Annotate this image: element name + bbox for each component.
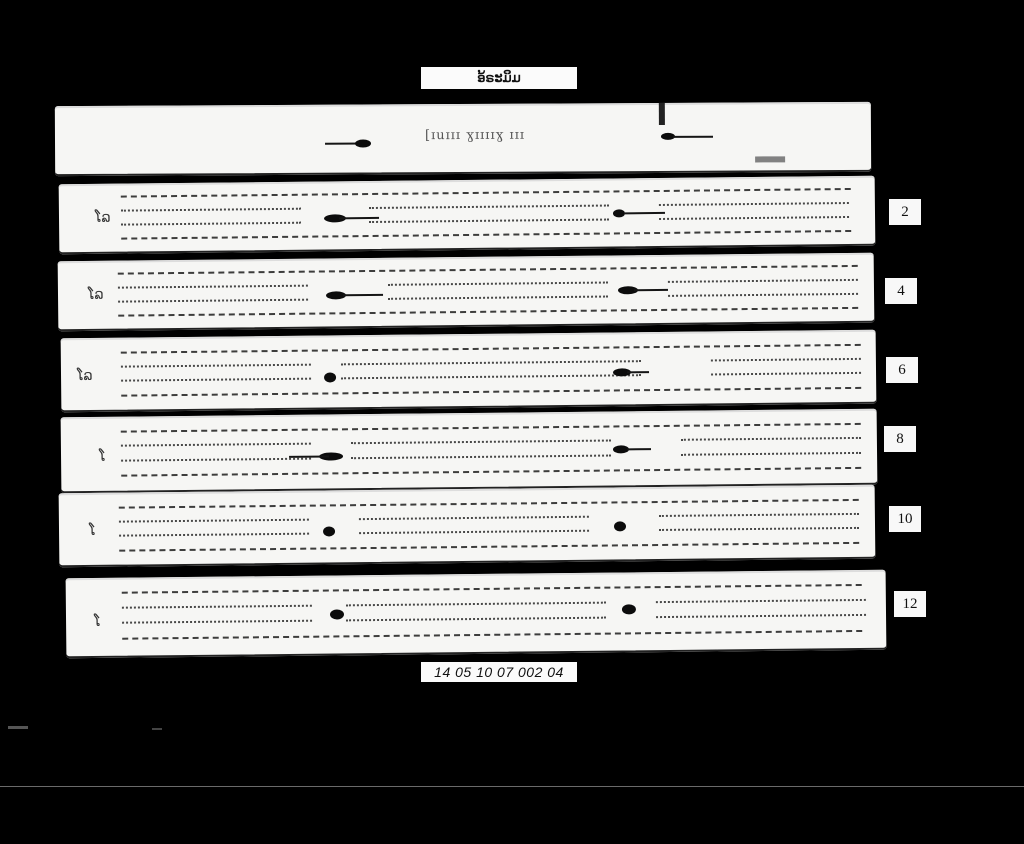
script-line bbox=[681, 450, 861, 456]
string-hole bbox=[355, 139, 371, 147]
script-line bbox=[711, 356, 861, 362]
script-line bbox=[656, 597, 866, 603]
script-line bbox=[122, 603, 312, 609]
palm-leaf: ໂ bbox=[66, 570, 887, 659]
script-line bbox=[369, 203, 609, 210]
page-number-label: 2 bbox=[889, 199, 921, 225]
cover-inscription: [ɪuɪɪɪ ɣɪɪɪɪɣ ɪɪɪ bbox=[425, 128, 525, 144]
script-line bbox=[121, 385, 861, 397]
manuscript-title-label: ອ້ຣະມິມ bbox=[421, 67, 577, 89]
script-line bbox=[121, 421, 861, 433]
script-line bbox=[388, 294, 608, 300]
script-line bbox=[388, 280, 608, 286]
script-line bbox=[119, 497, 859, 509]
script-line bbox=[121, 456, 311, 462]
script-line bbox=[118, 305, 858, 317]
script-line bbox=[659, 200, 849, 206]
script-line bbox=[118, 297, 308, 303]
script-line bbox=[341, 372, 641, 379]
leaf-margin-mark: ໂ bbox=[89, 523, 96, 539]
page-number-label: 8 bbox=[884, 426, 916, 452]
palm-leaf: ໂ bbox=[59, 485, 876, 568]
palm-leaf: ໂ bbox=[61, 409, 878, 494]
catalog-id-label: 14 05 10 07 002 04 bbox=[421, 662, 577, 682]
script-line bbox=[346, 600, 606, 607]
script-line bbox=[351, 453, 611, 460]
string-hole bbox=[613, 209, 625, 217]
script-line bbox=[659, 525, 859, 531]
script-line bbox=[119, 531, 309, 537]
palm-leaf: ໂລ bbox=[61, 330, 877, 413]
page-number-label: 6 bbox=[886, 357, 918, 383]
string-hole bbox=[622, 604, 636, 614]
string-hole-tail bbox=[343, 294, 383, 296]
script-line bbox=[122, 628, 862, 640]
script-line bbox=[711, 370, 861, 376]
script-line bbox=[359, 514, 589, 520]
palm-leaf-cover: [ɪuɪɪɪ ɣɪɪɪɪɣ ɪɪɪ bbox=[55, 102, 871, 176]
script-line bbox=[121, 441, 311, 447]
script-line bbox=[118, 263, 858, 275]
script-line bbox=[121, 228, 851, 240]
script-line bbox=[341, 358, 641, 365]
string-hole-tail bbox=[339, 217, 379, 219]
scan-artifact bbox=[8, 726, 28, 729]
script-line bbox=[681, 435, 861, 441]
script-line bbox=[659, 214, 849, 220]
script-line bbox=[656, 612, 866, 618]
script-line bbox=[121, 362, 311, 368]
page-number-label: 10 bbox=[889, 506, 921, 532]
leaf-margin-mark: ໂ bbox=[94, 614, 101, 630]
leaf-margin-mark: ໂລ bbox=[88, 287, 104, 303]
page-number-label: 12 bbox=[894, 591, 926, 617]
damage-mark bbox=[659, 103, 665, 125]
damage-mark bbox=[755, 156, 785, 162]
leaf-margin-mark: ໂລ bbox=[77, 368, 93, 384]
script-line bbox=[119, 517, 309, 523]
script-line bbox=[668, 277, 858, 283]
scan-edge-line bbox=[0, 786, 1024, 787]
string-hole bbox=[323, 526, 335, 536]
palm-leaf: ໂລ bbox=[59, 176, 876, 255]
script-line bbox=[369, 217, 609, 224]
script-line bbox=[121, 376, 311, 382]
string-hole-tail bbox=[634, 289, 668, 291]
scan-artifact bbox=[152, 728, 162, 730]
script-line bbox=[659, 511, 859, 517]
script-line bbox=[121, 206, 301, 212]
leaf-margin-mark: ໂລ bbox=[95, 210, 111, 226]
page-number-label: 4 bbox=[885, 278, 917, 304]
script-line bbox=[119, 540, 859, 552]
palm-leaf: ໂລ bbox=[58, 253, 875, 332]
script-line bbox=[121, 342, 861, 354]
string-hole bbox=[614, 521, 626, 531]
string-hole-tail bbox=[627, 448, 651, 450]
script-line bbox=[122, 618, 312, 624]
script-line bbox=[346, 615, 606, 622]
script-line bbox=[351, 438, 611, 445]
string-hole-tail bbox=[673, 136, 713, 138]
string-hole bbox=[330, 609, 344, 619]
string-hole-tail bbox=[625, 212, 665, 214]
string-hole-tail bbox=[627, 371, 649, 373]
string-hole bbox=[324, 372, 336, 382]
leaf-margin-mark: ໂ bbox=[99, 449, 106, 465]
script-line bbox=[121, 220, 301, 226]
script-line bbox=[118, 283, 308, 289]
script-line bbox=[121, 465, 861, 477]
script-line bbox=[359, 528, 589, 534]
string-hole-tail bbox=[289, 455, 329, 457]
script-line bbox=[122, 582, 862, 594]
script-line bbox=[668, 291, 858, 297]
script-line bbox=[121, 186, 851, 198]
